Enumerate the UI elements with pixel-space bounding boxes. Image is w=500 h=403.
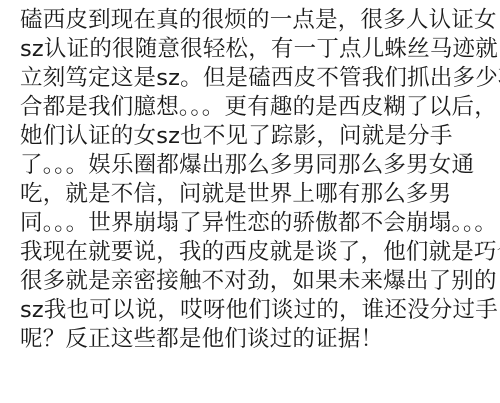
text-line: 立刻笃定这是sz。但是磕西皮不管我们抓出多少巧: [20, 64, 490, 93]
text-line: 吃，就是不信，问就是世界上哪有那么多男: [20, 180, 490, 209]
text-line: 呢？反正这些都是他们谈过的证据！: [20, 325, 490, 354]
text-line: 磕西皮到现在真的很烦的一点是，很多人认证女: [20, 6, 490, 35]
text-line: sz认证的很随意很轻松，有一丁点儿蛛丝马迹就: [20, 35, 490, 64]
text-line: 了。。。娱乐圈都爆出那么多男同那么多男女通: [20, 151, 490, 180]
text-line: 很多就是亲密接触不对劲，如果未来爆出了别的: [20, 267, 490, 296]
text-line: 我现在就要说，我的西皮就是谈了，他们就是巧合: [20, 238, 490, 267]
text-line: 同。。。世界崩塌了异性恋的骄傲都不会崩塌。。。: [20, 209, 490, 238]
text-body: 磕西皮到现在真的很烦的一点是，很多人认证女 sz认证的很随意很轻松，有一丁点儿蛛…: [20, 6, 490, 354]
text-line: 合都是我们臆想。。。更有趣的是西皮糊了以后，: [20, 93, 490, 122]
text-line: sz我也可以说，哎呀他们谈过的，谁还没分过手: [20, 296, 490, 325]
text-line: 她们认证的女sz也不见了踪影，问就是分手: [20, 122, 490, 151]
